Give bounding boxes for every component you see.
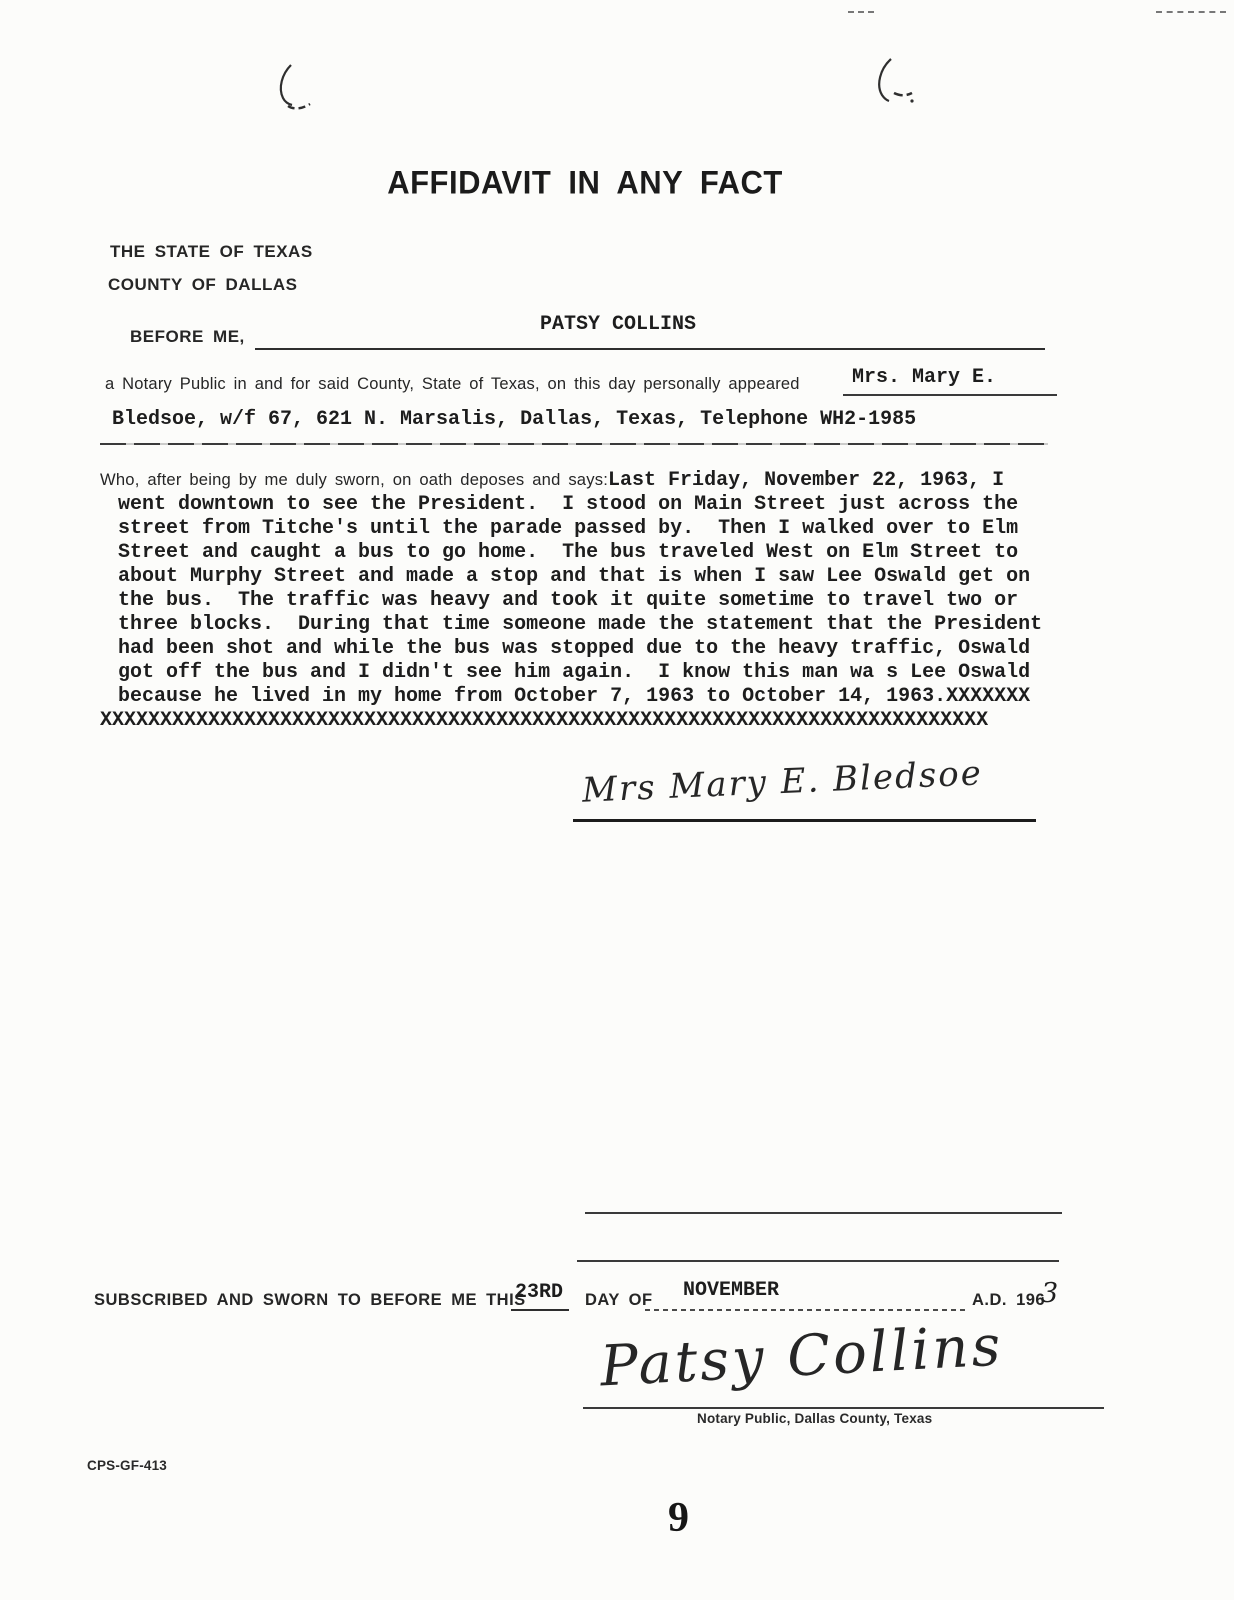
notary-name-typed: PATSY COLLINS — [540, 313, 696, 336]
hole-punch-mark-left — [272, 60, 318, 114]
before-me-blank-line — [255, 348, 1045, 350]
statement-line: Street and caught a bus to go home. The … — [100, 541, 1060, 565]
affiant-signature-line — [573, 819, 1036, 822]
statement-line: three blocks. During that time someone m… — [100, 613, 1060, 637]
statement-line: the bus. The traffic was heavy and took … — [100, 589, 1060, 613]
statement-block: Who, after being by me duly sworn, on oa… — [100, 468, 1060, 733]
blank-line-2 — [577, 1260, 1059, 1262]
document-title: AFFIDAVIT IN ANY FACT — [0, 164, 1170, 201]
statement-line: went downtown to see the President. I st… — [100, 493, 1060, 517]
day-blank-line — [511, 1309, 569, 1311]
appeared-text: a Notary Public in and for said County, … — [105, 375, 800, 394]
statement-line: got off the bus and I didn't see him aga… — [100, 661, 1060, 685]
details-blank-line — [100, 443, 1048, 445]
statement-line: because he lived in my home from October… — [100, 685, 1060, 709]
blank-line-1 — [585, 1212, 1062, 1214]
subscribed-label: SUBSCRIBED AND SWORN TO BEFORE ME THIS — [94, 1291, 526, 1310]
month-blank-line — [645, 1309, 968, 1311]
statement-line: about Murphy Street and made a stop and … — [100, 565, 1060, 589]
statement-line: had been shot and while the bus was stop… — [100, 637, 1060, 661]
appeared-name-blank-line — [843, 394, 1057, 396]
state-line: THE STATE OF TEXAS — [110, 242, 313, 262]
notary-signature: Patsy Collins — [599, 1313, 1005, 1399]
scan-mark-dash — [848, 11, 874, 13]
statement-line: street from Titche's until the parade pa… — [100, 517, 1060, 541]
page-number: 9 — [668, 1494, 689, 1542]
form-number: CPS-GF-413 — [87, 1458, 167, 1473]
sworn-label: Who, after being by me duly sworn, on oa… — [100, 470, 608, 489]
statement-line: Who, after being by me duly sworn, on oa… — [100, 468, 1060, 493]
affiant-signature: Mrs Mary E. Bledsoe — [581, 753, 983, 810]
affiant-details-typed: Bledsoe, w/f 67, 621 N. Marsalis, Dallas… — [112, 408, 916, 431]
ad-label: A.D. 196 — [972, 1291, 1045, 1310]
year-digit-handwritten: 3 — [1041, 1278, 1058, 1309]
statement-strikeout-line: XXXXXXXXXXXXXXXXXXXXXXXXXXXXXXXXXXXXXXXX… — [100, 709, 1060, 733]
scan-mark-dash — [1156, 11, 1226, 13]
before-me-label: BEFORE ME, — [130, 327, 245, 347]
month-typed: NOVEMBER — [683, 1279, 779, 1302]
notary-caption: Notary Public, Dallas County, Texas — [697, 1411, 932, 1426]
day-typed: 23RD — [515, 1281, 563, 1304]
county-line: COUNTY OF DALLAS — [108, 275, 297, 295]
appeared-name-typed: Mrs. Mary E. — [852, 366, 996, 389]
notary-signature-line — [583, 1407, 1104, 1409]
statement-typed: Last Friday, November 22, 1963, I — [608, 469, 1004, 492]
hole-punch-mark-right — [868, 55, 918, 111]
affidavit-page: AFFIDAVIT IN ANY FACT THE STATE OF TEXAS… — [0, 0, 1234, 1600]
day-of-label: DAY OF — [585, 1291, 653, 1310]
